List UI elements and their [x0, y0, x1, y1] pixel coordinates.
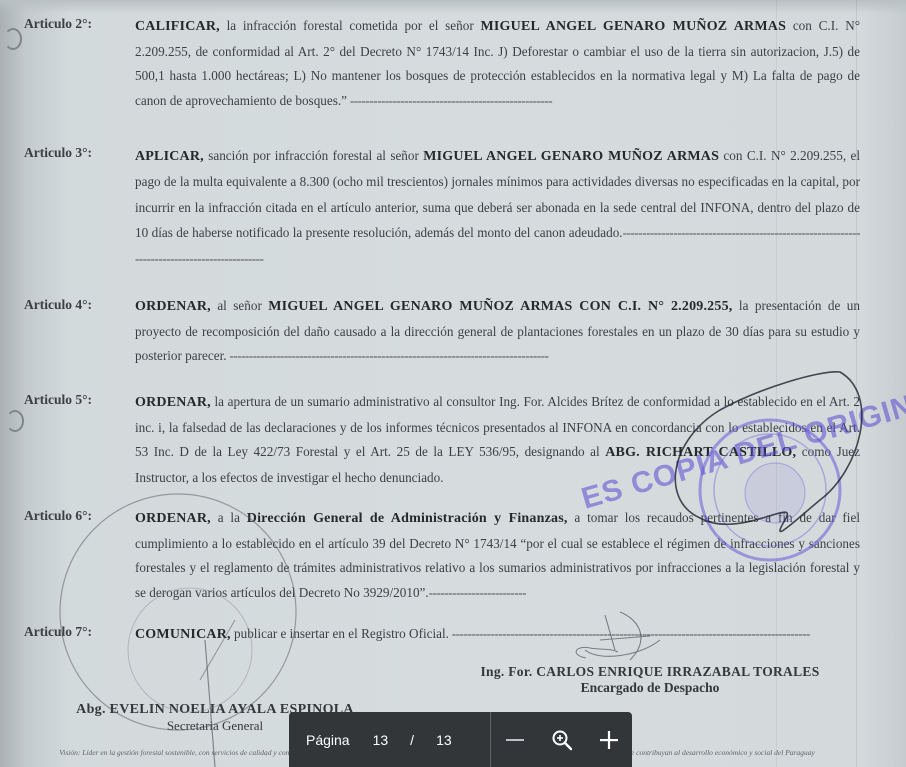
page-label: Página — [306, 732, 350, 748]
plus-icon — [599, 730, 619, 750]
faint-seal-icon — [60, 494, 296, 767]
page-separator: / — [410, 732, 414, 748]
current-page-input[interactable]: 13 — [373, 732, 389, 748]
zoom-in-button[interactable] — [585, 712, 632, 767]
pdf-viewer-toolbar: Página 13 / 13 — [289, 712, 632, 767]
minus-icon — [505, 730, 525, 750]
document-page: Articulo 2°: CALIFICAR, la infracción fo… — [0, 0, 906, 767]
total-pages: 13 — [436, 732, 452, 748]
official-seal-icon — [700, 420, 840, 560]
stamps-and-signatures — [0, 0, 906, 767]
page-indicator: Página 13 / 13 — [289, 732, 472, 748]
zoom-out-button[interactable] — [491, 712, 538, 767]
zoom-in-magnifier-icon — [551, 729, 573, 751]
signature-scribble-icon — [585, 612, 660, 660]
fit-zoom-button[interactable] — [538, 712, 585, 767]
